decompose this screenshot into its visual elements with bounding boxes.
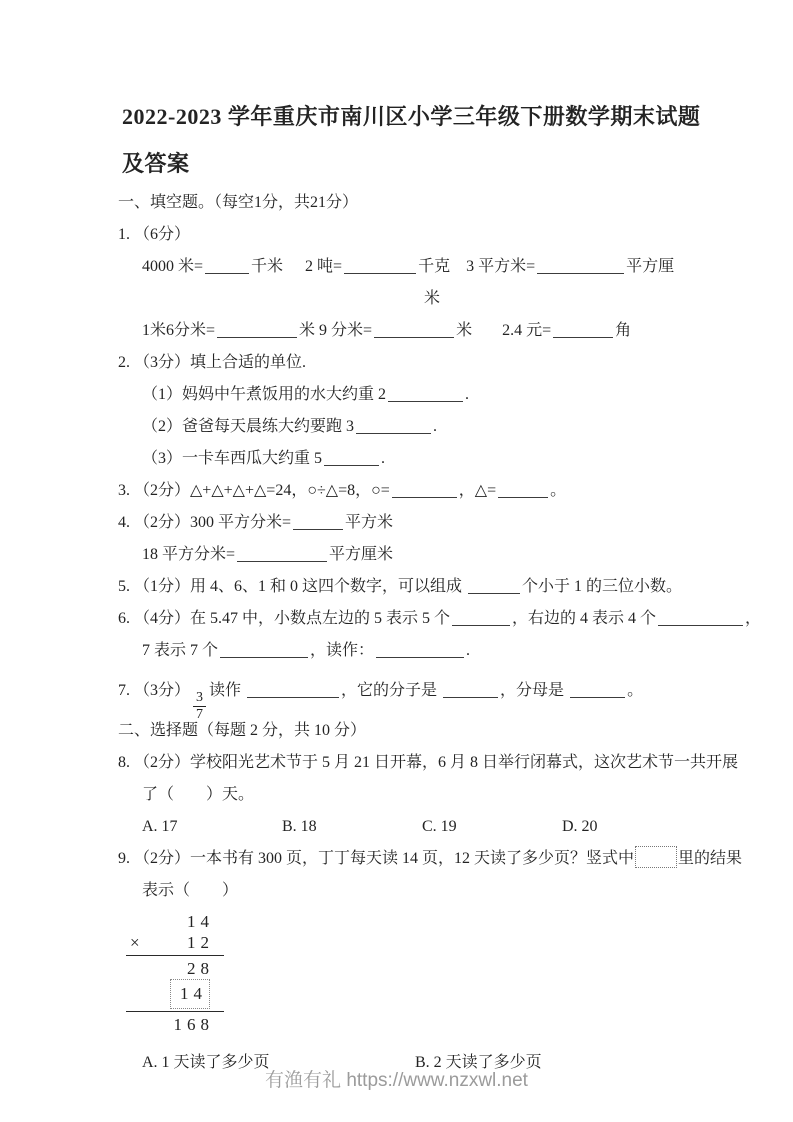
q2-item3: （3）一卡车西瓜大约重 5. (142, 443, 793, 475)
section1-header: 一、填空题。（每空1分，共21分） (118, 187, 793, 219)
q4-l2-unit: 平方厘米 (329, 546, 393, 563)
blank-underline (344, 258, 416, 274)
blank-underline (468, 578, 520, 594)
q2-item3-period: . (381, 450, 385, 467)
q8-choice-a: A. 17 (142, 811, 282, 843)
q3-line: 3. （2分）△+△+△+△=24，○÷△=8，○=，△=。 (118, 475, 793, 507)
vertical-multiplication: 14 ×12 28 14 168 (126, 911, 226, 1035)
q2-item2-text: （2）爸爸每天晨练大约要跑 3 (142, 418, 354, 435)
q6-line1: 6. （4分）在 5.47 中，小数点左边的 5 表示 5 个，右边的 4 表示… (118, 603, 793, 635)
q5-text: 5. （1分）用 4、6、1 和 0 这四个数字，可以组成 (118, 578, 462, 595)
mult-partial2-dotted-box: 14 (170, 979, 210, 1009)
q6-l2-text: 7 表示 7 个 (142, 642, 218, 659)
q6-l1-text: 6. （4分）在 5.47 中，小数点左边的 5 表示 5 个 (118, 610, 450, 627)
q1-r1b-label: 2 吨= (305, 258, 342, 275)
section2-header: 二、选择题（每题 2 分，共 10 分） (118, 715, 793, 747)
page-title-line2: 及答案 (122, 140, 733, 187)
q1-r2c-label: 2.4 元= (502, 322, 551, 339)
page-title-line1: 2022-2023 学年重庆市南川区小学三年级下册数学期末试题 (122, 93, 733, 140)
q3-text: 3. （2分）△+△+△+△=24，○÷△=8，○= (118, 482, 390, 499)
q1-r1a-unit: 千米 (251, 258, 283, 275)
q1-row2: 1米6分米=米 9 分米=米 2.4 元=角 (142, 315, 793, 347)
q8-choice-c: C. 19 (422, 811, 562, 843)
mult-multiplier: 12 (187, 933, 214, 952)
q7-mid2-text: ，分母是 (500, 682, 564, 699)
q4-line2: 18 平方分米=平方厘米 (142, 539, 793, 571)
blank-underline (570, 682, 625, 698)
mult-rule-line (126, 955, 224, 956)
mult-multiplicand: 14 (126, 911, 226, 932)
q9-l1-text: 9. （2分）一本书有 300 页，丁丁每天读 14 页，12 天读了多少页？竖… (118, 850, 634, 867)
blank-underline (376, 642, 464, 658)
q1-r2b-unit: 米 (456, 322, 472, 339)
q1-r2b-label: 米 9 分米= (299, 322, 372, 339)
q8-line2: 了（ ）天。 (142, 779, 793, 811)
blank-underline (658, 610, 743, 626)
blank-underline (220, 642, 308, 658)
q6-line2: 7 表示 7 个，读作：. (142, 635, 793, 667)
q2-item1-period: . (465, 386, 469, 403)
q6-l1-mid-text: ，右边的 4 表示 4 个 (512, 610, 656, 627)
q4-l2-text: 18 平方分米= (142, 546, 235, 563)
blank-underline (443, 682, 498, 698)
blank-underline (324, 450, 379, 466)
q6-l2-mid-text: ，读作： (310, 642, 374, 659)
blank-underline (553, 322, 613, 338)
q2-item2: （2）爸爸每天晨练大约要跑 3. (142, 411, 793, 443)
q2-item2-period: . (433, 418, 437, 435)
q6-l2-period: . (466, 642, 470, 659)
mult-multiplier-row: ×12 (126, 932, 226, 953)
q1-number: 1. （6分） (118, 219, 793, 251)
q4-l1-text: 4. （2分）300 平方分米= (118, 514, 291, 531)
page-title: 2022-2023 学年重庆市南川区小学三年级下册数学期末试题 及答案 (122, 93, 733, 187)
q1-row1: 4000 米=千米 2 吨=千克 3 平方米=平方厘 (142, 251, 793, 283)
q1-r2a-label: 1米6分米= (142, 322, 215, 339)
q6-l1-comma: ， (745, 610, 761, 627)
q8-line1: 8. （2分）学校阳光艺术节于 5 月 21 日开幕，6 月 8 日举行闭幕式，… (118, 747, 793, 779)
q3-end-punct: 。 (550, 482, 566, 499)
blank-underline (293, 514, 343, 530)
blank-underline (452, 610, 510, 626)
blank-underline (247, 682, 339, 698)
footer-watermark: 有渔有礼 https://www.nzxwl.net (0, 1065, 793, 1092)
q2-number: 2. （3分）填上合适的单位. (118, 347, 793, 379)
blank-underline (205, 258, 249, 274)
q4-line1: 4. （2分）300 平方分米=平方米 (118, 507, 793, 539)
multiplication-sign: × (130, 932, 140, 953)
q1-r2c-unit: 角 (615, 322, 631, 339)
q8-choice-d: D. 20 (562, 811, 702, 843)
q7-text: 读作 (209, 682, 241, 699)
blank-underline (356, 418, 431, 434)
exam-document-page: 2022-2023 学年重庆市南川区小学三年级下册数学期末试题 及答案 一、填空… (0, 0, 793, 1122)
blank-underline (392, 482, 457, 498)
blank-underline (537, 258, 624, 274)
q2-item1: （1）妈妈中午煮饭用的水大约重 2. (142, 379, 793, 411)
q5-line: 5. （1分）用 4、6、1 和 0 这四个数字，可以组成 个小于 1 的三位小… (118, 571, 793, 603)
mult-partial2-row: 14 (126, 979, 226, 1009)
dotted-answer-box (635, 846, 677, 868)
q7-end-punct: 。 (627, 682, 643, 699)
q5-end-text: 个小于 1 的三位小数。 (522, 578, 682, 595)
mult-partial1: 28 (126, 958, 226, 979)
q9-line1: 9. （2分）一本书有 300 页，丁丁每天读 14 页，12 天读了多少页？竖… (118, 843, 793, 875)
blank-underline (237, 546, 327, 562)
blank-underline (388, 386, 463, 402)
q2-item1-text: （1）妈妈中午煮饭用的水大约重 2 (142, 386, 386, 403)
q9-l1-end-text: 里的结果 (678, 850, 742, 867)
q1-r1b-unit: 千克 (418, 258, 450, 275)
q2-item3-text: （3）一卡车西瓜大约重 5 (142, 450, 322, 467)
q3-mid-text: ，△= (459, 482, 496, 499)
q1-r1a-label: 4000 米= (142, 258, 203, 275)
fraction-numerator: 3 (193, 690, 206, 707)
q7-number: 7. （3分） (118, 682, 190, 699)
q9-line2: 表示（ ） (142, 875, 793, 907)
q4-l1-unit: 平方米 (345, 514, 393, 531)
q8-choices: A. 17 B. 18 C. 19 D. 20 (142, 811, 793, 843)
q7-mid1-text: ，它的分子是 (341, 682, 437, 699)
blank-underline (498, 482, 548, 498)
blank-underline (374, 322, 454, 338)
q1-r1c-unit: 平方厘 (626, 258, 674, 275)
mult-rule-line (126, 1011, 224, 1012)
q1-row1-wrap: 米 (424, 283, 793, 315)
mult-product: 168 (126, 1014, 226, 1035)
blank-underline (217, 322, 297, 338)
q1-r1c-label: 3 平方米= (466, 258, 535, 275)
q7-line: 7. （3分）37读作 ，它的分子是 ，分母是 。 (118, 667, 793, 715)
q8-choice-b: B. 18 (282, 811, 422, 843)
